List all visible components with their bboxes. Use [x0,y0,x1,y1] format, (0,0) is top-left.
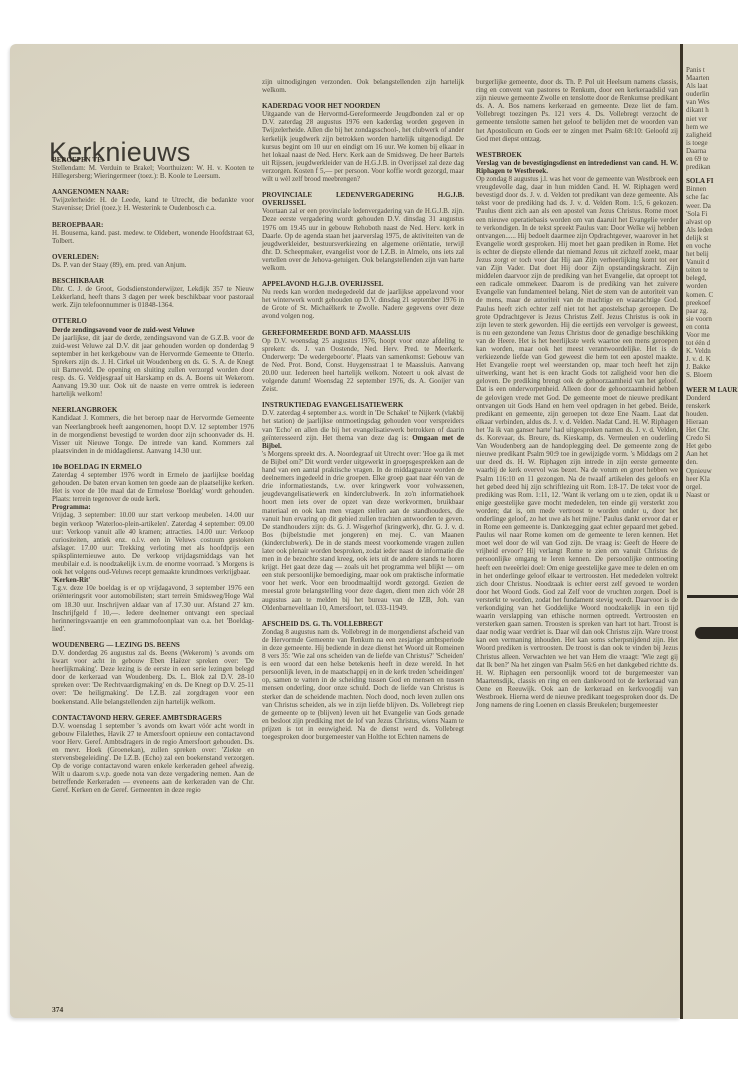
article-section: BEROEPEN TE:Stellendam: M. Verduin te Br… [52,156,254,180]
section-body: D.V. donderdag 26 augustus zal ds. Beens… [52,649,254,706]
section-heading: BEROEPEN TE: [52,156,254,164]
fragment-line: sche fac [686,193,738,201]
fragment-line: weer. Da [686,202,738,210]
next-page-text: Panis tMaartenAls laatouderlinvan Wesdik… [686,66,738,499]
article-section: GEREFORMEERDE BOND AFD. MAASSLUISOp D.V.… [262,329,464,394]
section-heading: CONTACTAVOND HERV. GEREF. AMBTSDRAGERS [52,714,254,722]
article-section: KADERDAG VOOR HET NOORDENUitgaande van d… [262,102,464,183]
section-body: D.V. woensdag 1 september 's avonds om k… [52,722,254,795]
black-bar-graphic [695,627,738,639]
section-heading: OTTERLO [52,317,254,325]
fragment-line: tot één d [686,339,738,347]
fragment-line: Maarten [686,74,738,82]
column-right: burgerlijke gemeente, door ds. Th. P. Po… [476,78,678,717]
section-body: Twijzelerheide: H. de Leede, kand te Utr… [52,196,254,212]
fragment-line: J. Bakke [686,363,738,371]
fragment-line: predikan [686,163,738,171]
fragment-line: alvast op [686,218,738,226]
rit-label: 'Kerken-Rit' [52,576,254,584]
fragment-line: K. Veldn [686,347,738,355]
section-body: Zaterdag 4 september 1976 wordt in Ermel… [52,471,254,503]
section-subheading: Verslag van de bevestigingsdienst en int… [476,159,678,175]
article-section: INSTRUKTIEDAG EVANGELISATIEWERKD.V. zate… [262,401,464,611]
fragment-line: en conta [686,323,738,331]
section-body: Op D.V. woensdag 25 augustus 1976, hoopt… [262,337,464,394]
fragment-line: het belij [686,250,738,258]
fragment-line: Als laat [686,82,738,90]
article-section: BESCHIKBAARDhr. C. J. de Groot, Godsdien… [52,277,254,309]
page-number: 374 [52,1005,63,1014]
fragment-line: Hieraan [686,418,738,426]
lead-paragraph: zijn uitnodigingen verzonden. Ook belang… [262,78,464,94]
fragment-line: orgel. [686,483,738,491]
divider-rule [687,595,738,598]
fragment-line: Het Chr. [686,426,738,434]
section-body: Dhr. C. J. de Groot, Godsdienstonderwijz… [52,285,254,309]
section-heading: NEERLANGBROEK [52,406,254,414]
fragment-line: en voche [686,242,738,250]
article-section: WOUDENBERG — LEZING DS. BEENSD.V. donder… [52,641,254,706]
fragment-line: zaligheid [686,131,738,139]
fragment-line: houden. [686,410,738,418]
section-heading: 10e BOELDAG IN ERMELO [52,463,254,471]
fragment-line: komen. C [686,291,738,299]
fragment-line: Opnieuw [686,467,738,475]
section-heading: WOUDENBERG — LEZING DS. BEENS [52,641,254,649]
section-heading: OVERLEDEN: [52,253,254,261]
fragment-line: belegd, [686,274,738,282]
fragment-line: Als leden [686,226,738,234]
article-section: OVERLEDEN:Ds. P. van der Staay (89), em.… [52,253,254,269]
fragment-line: is toege [686,139,738,147]
program-body: Vrijdag, 3 september: 10.00 uur start ve… [52,511,254,576]
fragment-line: ouderlin [686,90,738,98]
section-heading: GEREFORMEERDE BOND AFD. MAASSLUIS [262,329,464,337]
article-section: NEERLANGBROEKKandidaat J. Kommers, die h… [52,406,254,455]
fragment-line: Credo Si [686,434,738,442]
section-heading: AFSCHEID DS. G. Th. VOLLEBREGT [262,620,464,628]
fragment-line: niet ver [686,115,738,123]
fragment-line: 'Sola Fi [686,210,738,218]
fragment-line: van Wes [686,98,738,106]
section-heading: KADERDAG VOOR HET NOORDEN [262,102,464,110]
article-section: AFSCHEID DS. G. Th. VOLLEBREGTZondag 8 a… [262,620,464,741]
column-middle: zijn uitnodigingen verzonden. Ook belang… [262,78,464,749]
theme-text: Omgaan met de Bijbel. [262,434,464,450]
section-heading: AANGENOMEN NAAR: [52,188,254,196]
article-section: OTTERLODerde zendingsavond voor de zuid-… [52,317,254,398]
section-body: Stellendam: M. Verduin te Brakel; Voorth… [52,164,254,180]
fragment-line: sie voorn [686,315,738,323]
column-left: BEROEPEN TE:Stellendam: M. Verduin te Br… [52,72,254,803]
rit-body: T.g.v. deze 10e boeldag is er op vrijdag… [52,584,254,633]
fragment-line: Donderd [686,394,738,402]
fragment-line: renskerk [686,402,738,410]
fragment-line: teiten te [686,266,738,274]
program-label: Programma: [52,503,254,511]
section-body: 's Morgens spreekt drs. A. Noordegraaf u… [262,450,464,612]
fragment-line: heer Kla [686,475,738,483]
fragment-line: en 69 te [686,155,738,163]
article-section: 10e BOELDAG IN ERMELOZaterdag 4 septembe… [52,463,254,633]
lead-paragraph: burgerlijke gemeente, door ds. Th. P. Po… [476,78,678,143]
fragment-heading: SOLA FI [686,177,738,185]
section-body: Uitgaande van de Hervormd-Gereformeerde … [262,110,464,183]
fragment-line: Daarna [686,147,738,155]
article-section: CONTACTAVOND HERV. GEREF. AMBTSDRAGERSD.… [52,714,254,795]
section-heading: PROVINCIALE LEDENVERGADERING H.G.J.B. OV… [262,191,464,207]
section-body: D.V. zaterdag 4 september a.s. wordt in … [262,409,464,449]
fragment-line: paar zg. [686,307,738,315]
fragment-line: Voor me [686,331,738,339]
article-section: AANGENOMEN NAAR:Twijzelerheide: H. de Le… [52,188,254,212]
section-heading: APPELAVOND H.G.J.B. OVERIJSSEL [262,280,464,288]
article-section: APPELAVOND H.G.J.B. OVERIJSSELNu reeds k… [262,280,464,320]
fragment-line: dikant h [686,106,738,114]
section-body: Voortaan zal er een provinciale ledenver… [262,207,464,272]
next-page-fragment: Panis tMaartenAls laatouderlinvan Wesdik… [683,44,738,1019]
section-heading: BEROEPBAAR: [52,221,254,229]
section-body: H. Bousema, kand. past. medew. te Oldebe… [52,229,254,245]
fragment-line: den. [686,458,738,466]
fragment-line: delijk st [686,234,738,242]
section-body: Nu reeds kan worden medegedeeld dat de j… [262,288,464,320]
fragment-line: J. v. d. K [686,355,738,363]
section-body: Kandidaat J. Kommers, die het beroep naa… [52,414,254,454]
fragment-line: Het gebo [686,442,738,450]
fragment-line: Vanuit d [686,258,738,266]
article-section: WESTBROEKVerslag van de bevestigingsdien… [476,151,678,709]
fragment-line: S. Bloem [686,371,738,379]
section-body: Ds. P. van der Staay (89), em. pred. van… [52,261,254,269]
section-heading: INSTRUKTIEDAG EVANGELISATIEWERK [262,401,464,409]
section-body: De jaarlijkse, dit jaar de derde, zendin… [52,334,254,399]
fragment-line: worden [686,282,738,290]
fragment-line: preekoef [686,299,738,307]
section-heading: WESTBROEK [476,151,678,159]
fragment-line: Panis t [686,66,738,74]
section-body: Zondag 8 augustus nam ds. Vollebregt in … [262,628,464,741]
article-section: PROVINCIALE LEDENVERGADERING H.G.J.B. OV… [262,191,464,272]
fragment-line: Binnen [686,185,738,193]
fragment-line: Aan het [686,450,738,458]
fragment-heading: WEER M LAUREN [686,386,738,394]
section-heading: BESCHIKBAAR [52,277,254,285]
section-subheading: Derde zendingsavond voor de zuid-west Ve… [52,326,254,334]
fragment-line: Naast or [686,491,738,499]
article-section: BEROEPBAAR:H. Bousema, kand. past. medew… [52,221,254,245]
section-body: Op zondag 8 augustus j.l. was het voor d… [476,175,678,709]
fragment-line: hem we [686,123,738,131]
